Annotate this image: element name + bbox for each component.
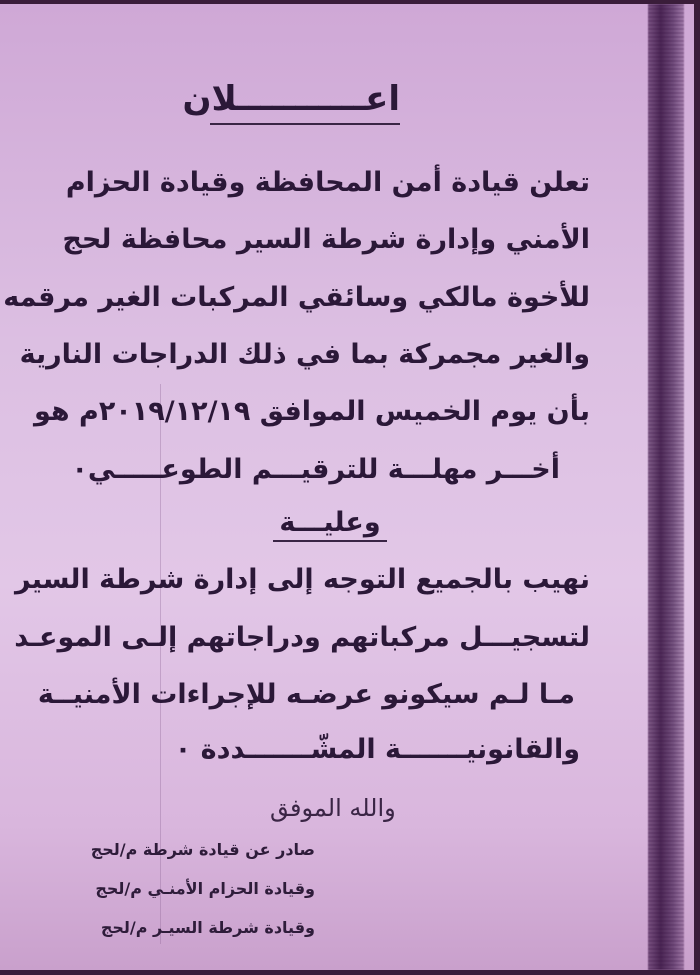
- signature-line-2: وقيادة الحزام الأمنـي م/لحج: [75, 879, 315, 898]
- subheading-row: وعليـــة: [30, 507, 630, 542]
- subheading: وعليـــة: [273, 507, 386, 542]
- closing-phrase: والله الموفق: [270, 794, 396, 822]
- signature-line-1: صادر عن قيادة شرطة م/لحج: [75, 840, 315, 859]
- body-line-10: والقانونيـــــــة المشّـــــــددة ٠: [175, 734, 580, 765]
- body-line-8: لتسجيـــل مركباتهم ودراجاتهم إلـى الموعـ…: [14, 622, 590, 653]
- body-line-3: للأخوة مالكي وسائقي المركبات الغير مرقمه: [3, 282, 590, 313]
- body-line-2: الأمني وإدارة شرطة السير محافظة لحج: [62, 224, 590, 255]
- announcement-paper: اعـــــــــــلان تعلن قيادة أمن المحافظة…: [0, 4, 694, 970]
- announcement-title: اعـــــــــــلان: [210, 79, 400, 125]
- body-line-6: أخـــر مهلـــة للترقيـــم الطوعـــــي٠: [71, 454, 560, 485]
- body-line-7: نهيب بالجميع التوجه إلى إدارة شرطة السير: [15, 564, 590, 595]
- body-line-4: والغير مجمركة بما في ذلك الدراجات الناري…: [20, 339, 590, 370]
- body-line-5-date: بأن يوم الخميس الموافق ٢٠١٩/١٢/١٩م هو: [34, 396, 590, 427]
- body-line-1: تعلن قيادة أمن المحافظة وقيادة الحزام: [66, 167, 590, 198]
- toner-streak: [648, 4, 684, 970]
- body-line-9: مـا لـم سيكونو عرضـه للإجراءات الأمنيــة: [38, 679, 575, 710]
- signature-line-3: وقيادة شرطة السيـر م/لحج: [75, 918, 315, 937]
